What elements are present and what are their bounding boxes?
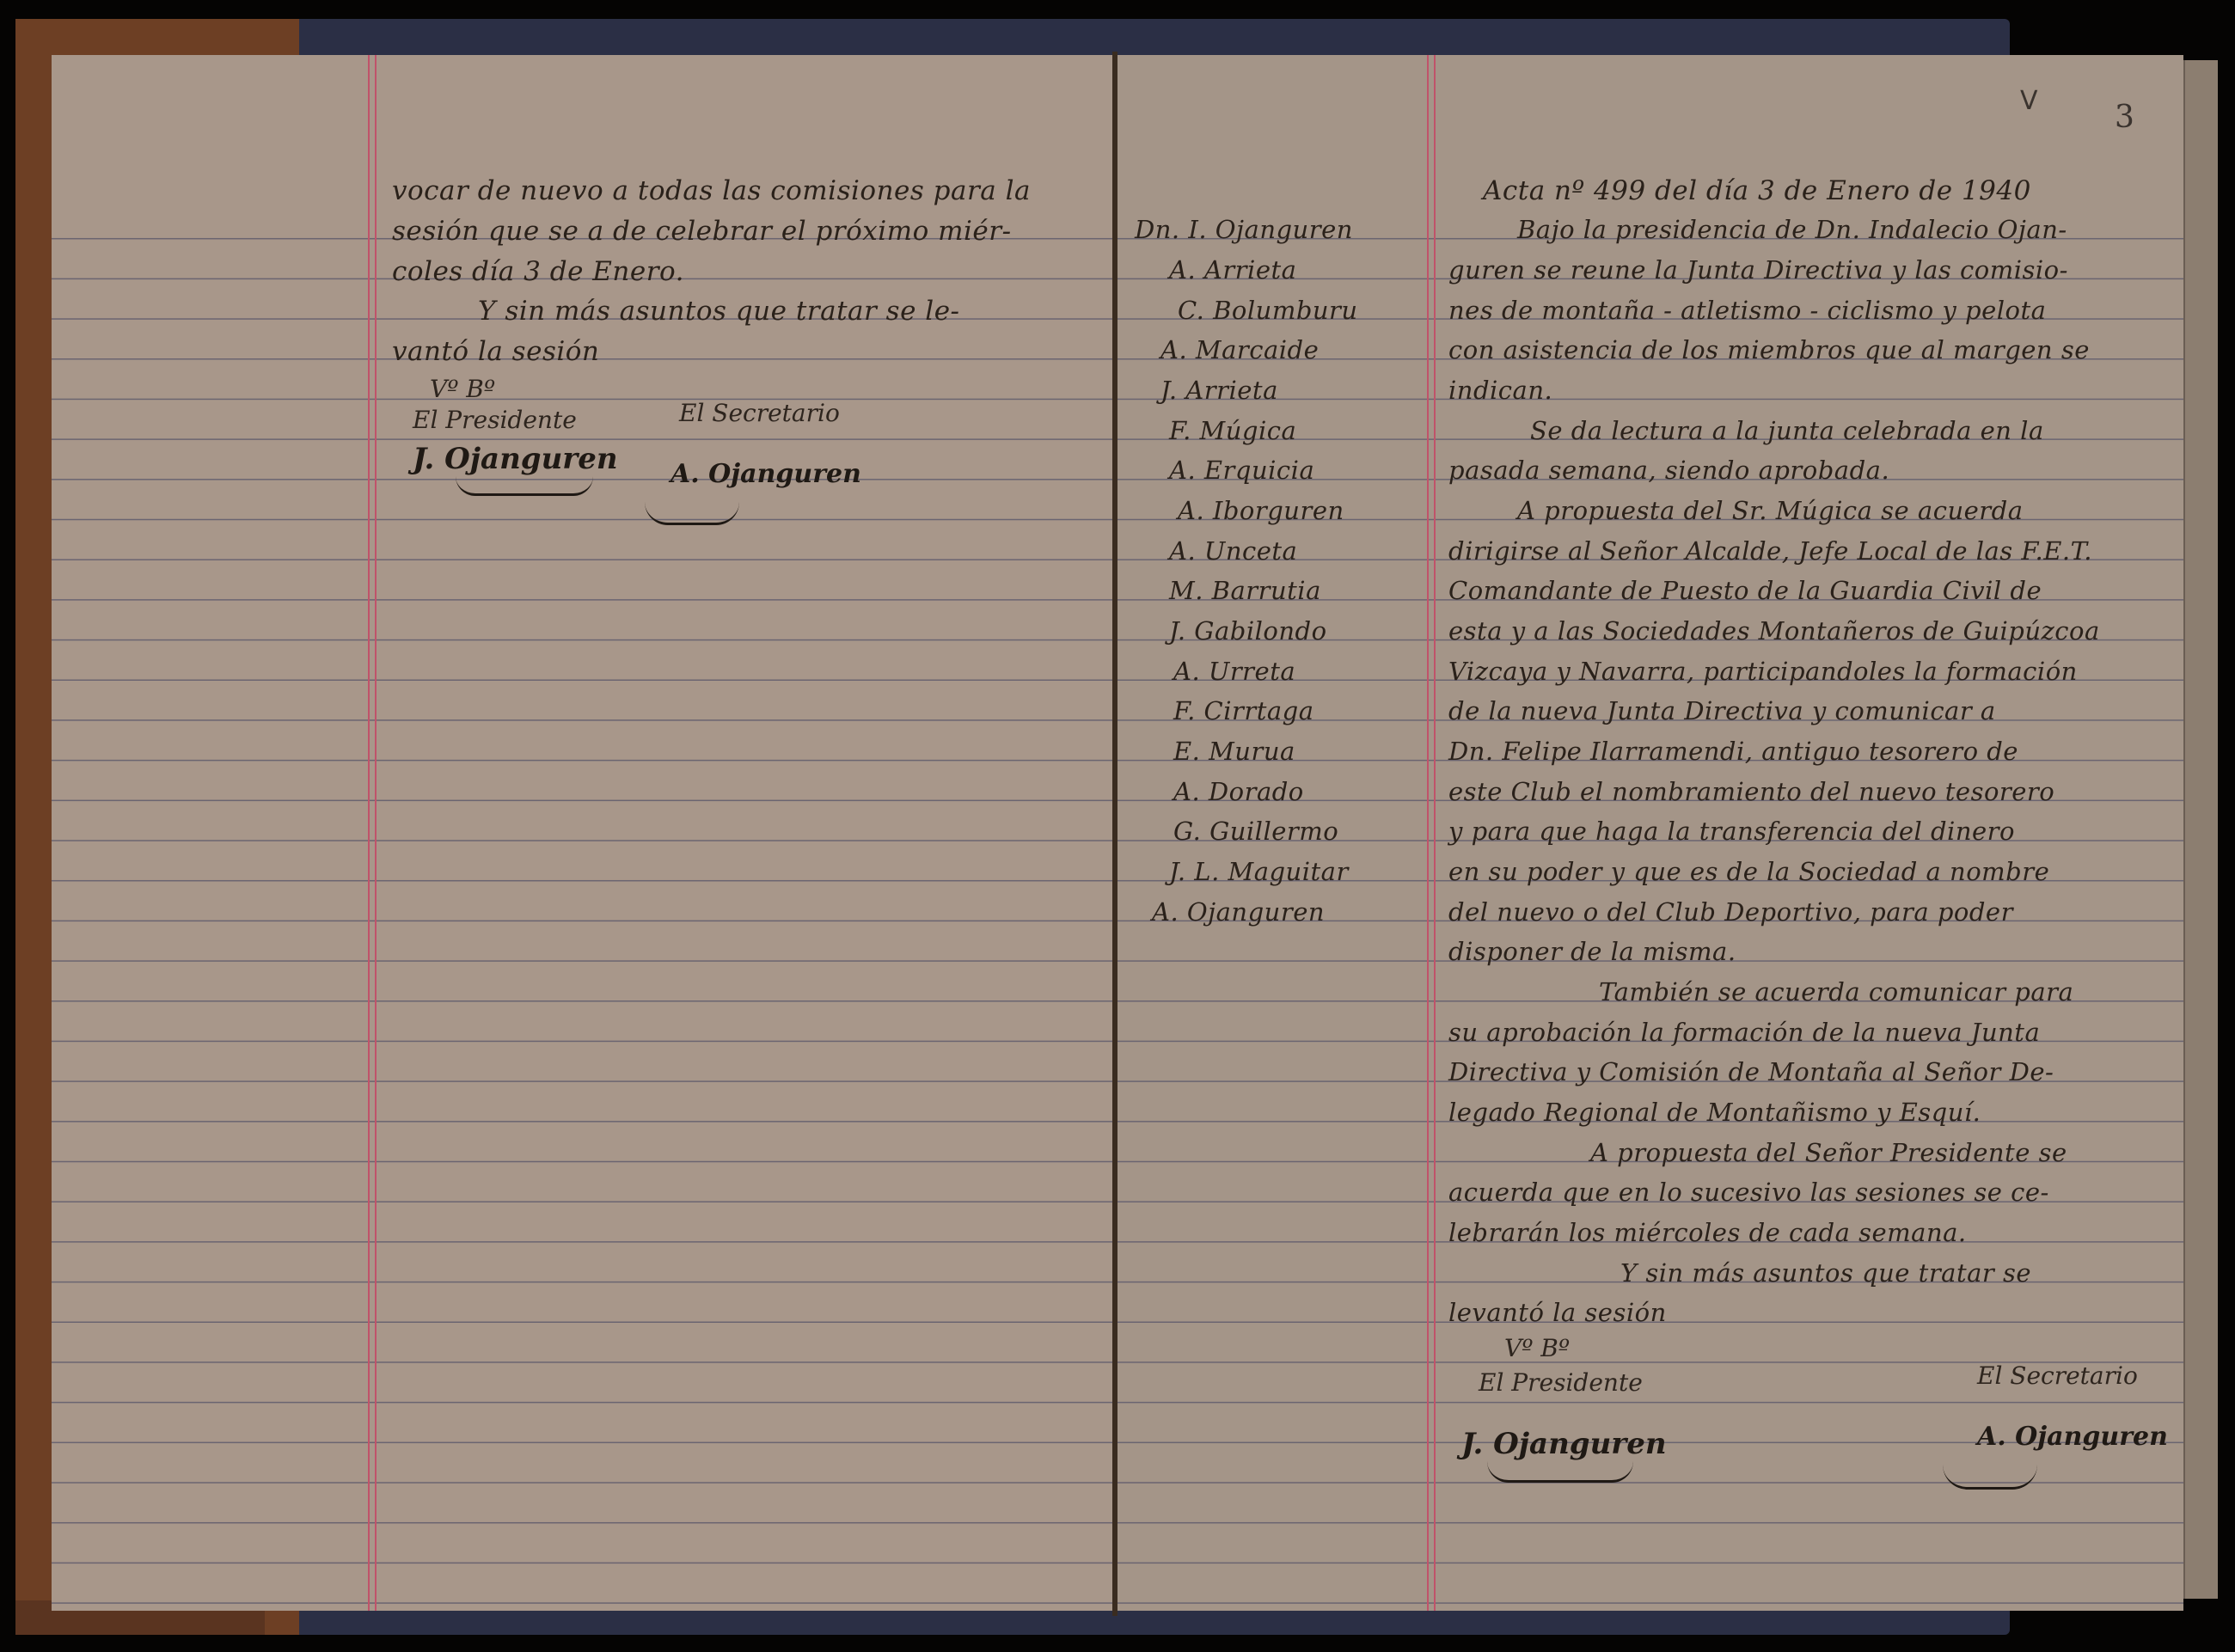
- body-line: Y sin más asuntos que tratar se le-: [478, 296, 960, 327]
- attendee-name: A. Unceta: [1169, 536, 1297, 566]
- body-line: indican.: [1448, 376, 1552, 405]
- president-signature: J. Ojanguren: [1461, 1427, 1667, 1461]
- secretary-signature-flourish: [1943, 1465, 2037, 1490]
- right-page-margin-line: [1427, 55, 1436, 1611]
- secretary-label: El Secretario: [1977, 1361, 2138, 1390]
- body-line: nes de montaña - atletismo - ciclismo y …: [1448, 296, 2046, 325]
- body-line: esta y a las Sociedades Montañeros de Gu…: [1448, 616, 2100, 646]
- attendee-name: F. Múgica: [1169, 416, 1296, 445]
- body-line: Se da lectura a la junta celebrada en la: [1530, 416, 2044, 445]
- body-line: lebrarán los miércoles de cada semana.: [1448, 1218, 1967, 1247]
- secretary-label: El Secretario: [679, 399, 840, 427]
- body-line: guren se reune la Junta Directiva y las …: [1448, 255, 2068, 285]
- body-line: Bajo la presidencia de Dn. Indalecio Oja…: [1517, 215, 2067, 244]
- vobo-label: Vº Bº: [430, 375, 495, 403]
- president-label: El Presidente: [413, 406, 577, 434]
- body-line: A propuesta del Sr. Múgica se acuerda: [1517, 496, 2024, 525]
- attendee-name: A. Dorado: [1173, 777, 1304, 806]
- body-line: del nuevo o del Club Deportivo, para pod…: [1448, 897, 2013, 927]
- body-line: y para que haga la transferencia del din…: [1448, 817, 2015, 846]
- attendee-name: A. Iborguren: [1178, 496, 1344, 525]
- body-line: dirigirse al Señor Alcalde, Jefe Local d…: [1448, 536, 2092, 566]
- body-line: Vizcaya y Navarra, participandoles la fo…: [1448, 657, 2078, 686]
- body-line: También se acuerda comunicar para: [1599, 977, 2073, 1006]
- body-line: disponer de la misma.: [1448, 937, 1736, 966]
- body-line: sesión que se a de celebrar el próximo m…: [392, 216, 1012, 247]
- secretary-signature: A. Ojanguren: [670, 459, 861, 489]
- secretary-signature-flourish: [645, 502, 739, 525]
- president-label: El Presidente: [1479, 1368, 1643, 1397]
- attendee-name: Dn. I. Ojanguren: [1135, 215, 1353, 244]
- body-line: de la nueva Junta Directiva y comunicar …: [1448, 696, 1996, 725]
- body-line: Directiva y Comisión de Montaña al Señor…: [1448, 1057, 2054, 1086]
- check-mark: V: [2020, 86, 2038, 116]
- attendee-name: A. Urreta: [1173, 657, 1295, 686]
- body-line: Y sin más asuntos que tratar se: [1620, 1258, 2031, 1288]
- secretary-signature: A. Ojanguren: [1977, 1422, 2168, 1452]
- president-signature: J. Ojanguren: [413, 442, 618, 476]
- body-line: pasada semana, siendo aprobada.: [1448, 456, 1889, 485]
- left-page: vocar de nuevo a todas las comisiones pa…: [52, 55, 1112, 1611]
- attendee-name: C. Bolumburu: [1178, 296, 1358, 325]
- body-line: vantó la sesión: [392, 336, 599, 367]
- body-line: Comandante de Puesto de la Guardia Civil…: [1448, 576, 2042, 605]
- president-signature-flourish: [456, 476, 593, 496]
- attendee-name: A. Ojanguren: [1152, 897, 1325, 927]
- president-signature-flourish: [1487, 1461, 1633, 1483]
- attendee-name: F. Cirrtaga: [1173, 696, 1314, 725]
- right-page: V 3 Acta nº 499 del día 3 de Enero de 19…: [1117, 55, 2183, 1611]
- body-line: Dn. Felipe Ilarramendi, antiguo tesorero…: [1448, 737, 2018, 766]
- body-line: coles día 3 de Enero.: [392, 256, 684, 287]
- attendee-name: G. Guillermo: [1173, 817, 1338, 846]
- body-line: este Club el nombramiento del nuevo teso…: [1448, 777, 2054, 806]
- vobo-label: Vº Bº: [1504, 1334, 1570, 1362]
- body-line: su aprobación la formación de la nueva J…: [1448, 1018, 2040, 1047]
- attendee-name: A. Erquicia: [1169, 456, 1314, 485]
- attendee-name: A. Marcaide: [1160, 335, 1319, 364]
- attendee-name: M. Barrutia: [1169, 576, 1321, 605]
- body-line: con asistencia de los miembros que al ma…: [1448, 335, 2090, 364]
- attendee-name: J. Gabilondo: [1169, 616, 1327, 646]
- attendee-name: A. Arrieta: [1169, 255, 1296, 285]
- minutes-heading: Acta nº 499 del día 3 de Enero de 1940: [1483, 175, 2031, 206]
- page-stack-edge: [2183, 60, 2218, 1599]
- left-page-margin-line: [368, 55, 377, 1611]
- attendee-name: E. Murua: [1173, 737, 1295, 766]
- attendee-name: J. L. Maguitar: [1169, 857, 1349, 886]
- page-number: 3: [2115, 100, 2134, 135]
- body-line: acuerda que en lo sucesivo las sesiones …: [1448, 1178, 2049, 1207]
- body-line: levantó la sesión: [1448, 1298, 1667, 1327]
- body-line: vocar de nuevo a todas las comisiones pa…: [392, 175, 1031, 206]
- body-line: en su poder y que es de la Sociedad a no…: [1448, 857, 2049, 886]
- body-line: legado Regional de Montañismo y Esquí.: [1448, 1098, 1981, 1127]
- body-line: A propuesta del Señor Presidente se: [1590, 1138, 2067, 1167]
- attendee-name: J. Arrieta: [1160, 376, 1278, 405]
